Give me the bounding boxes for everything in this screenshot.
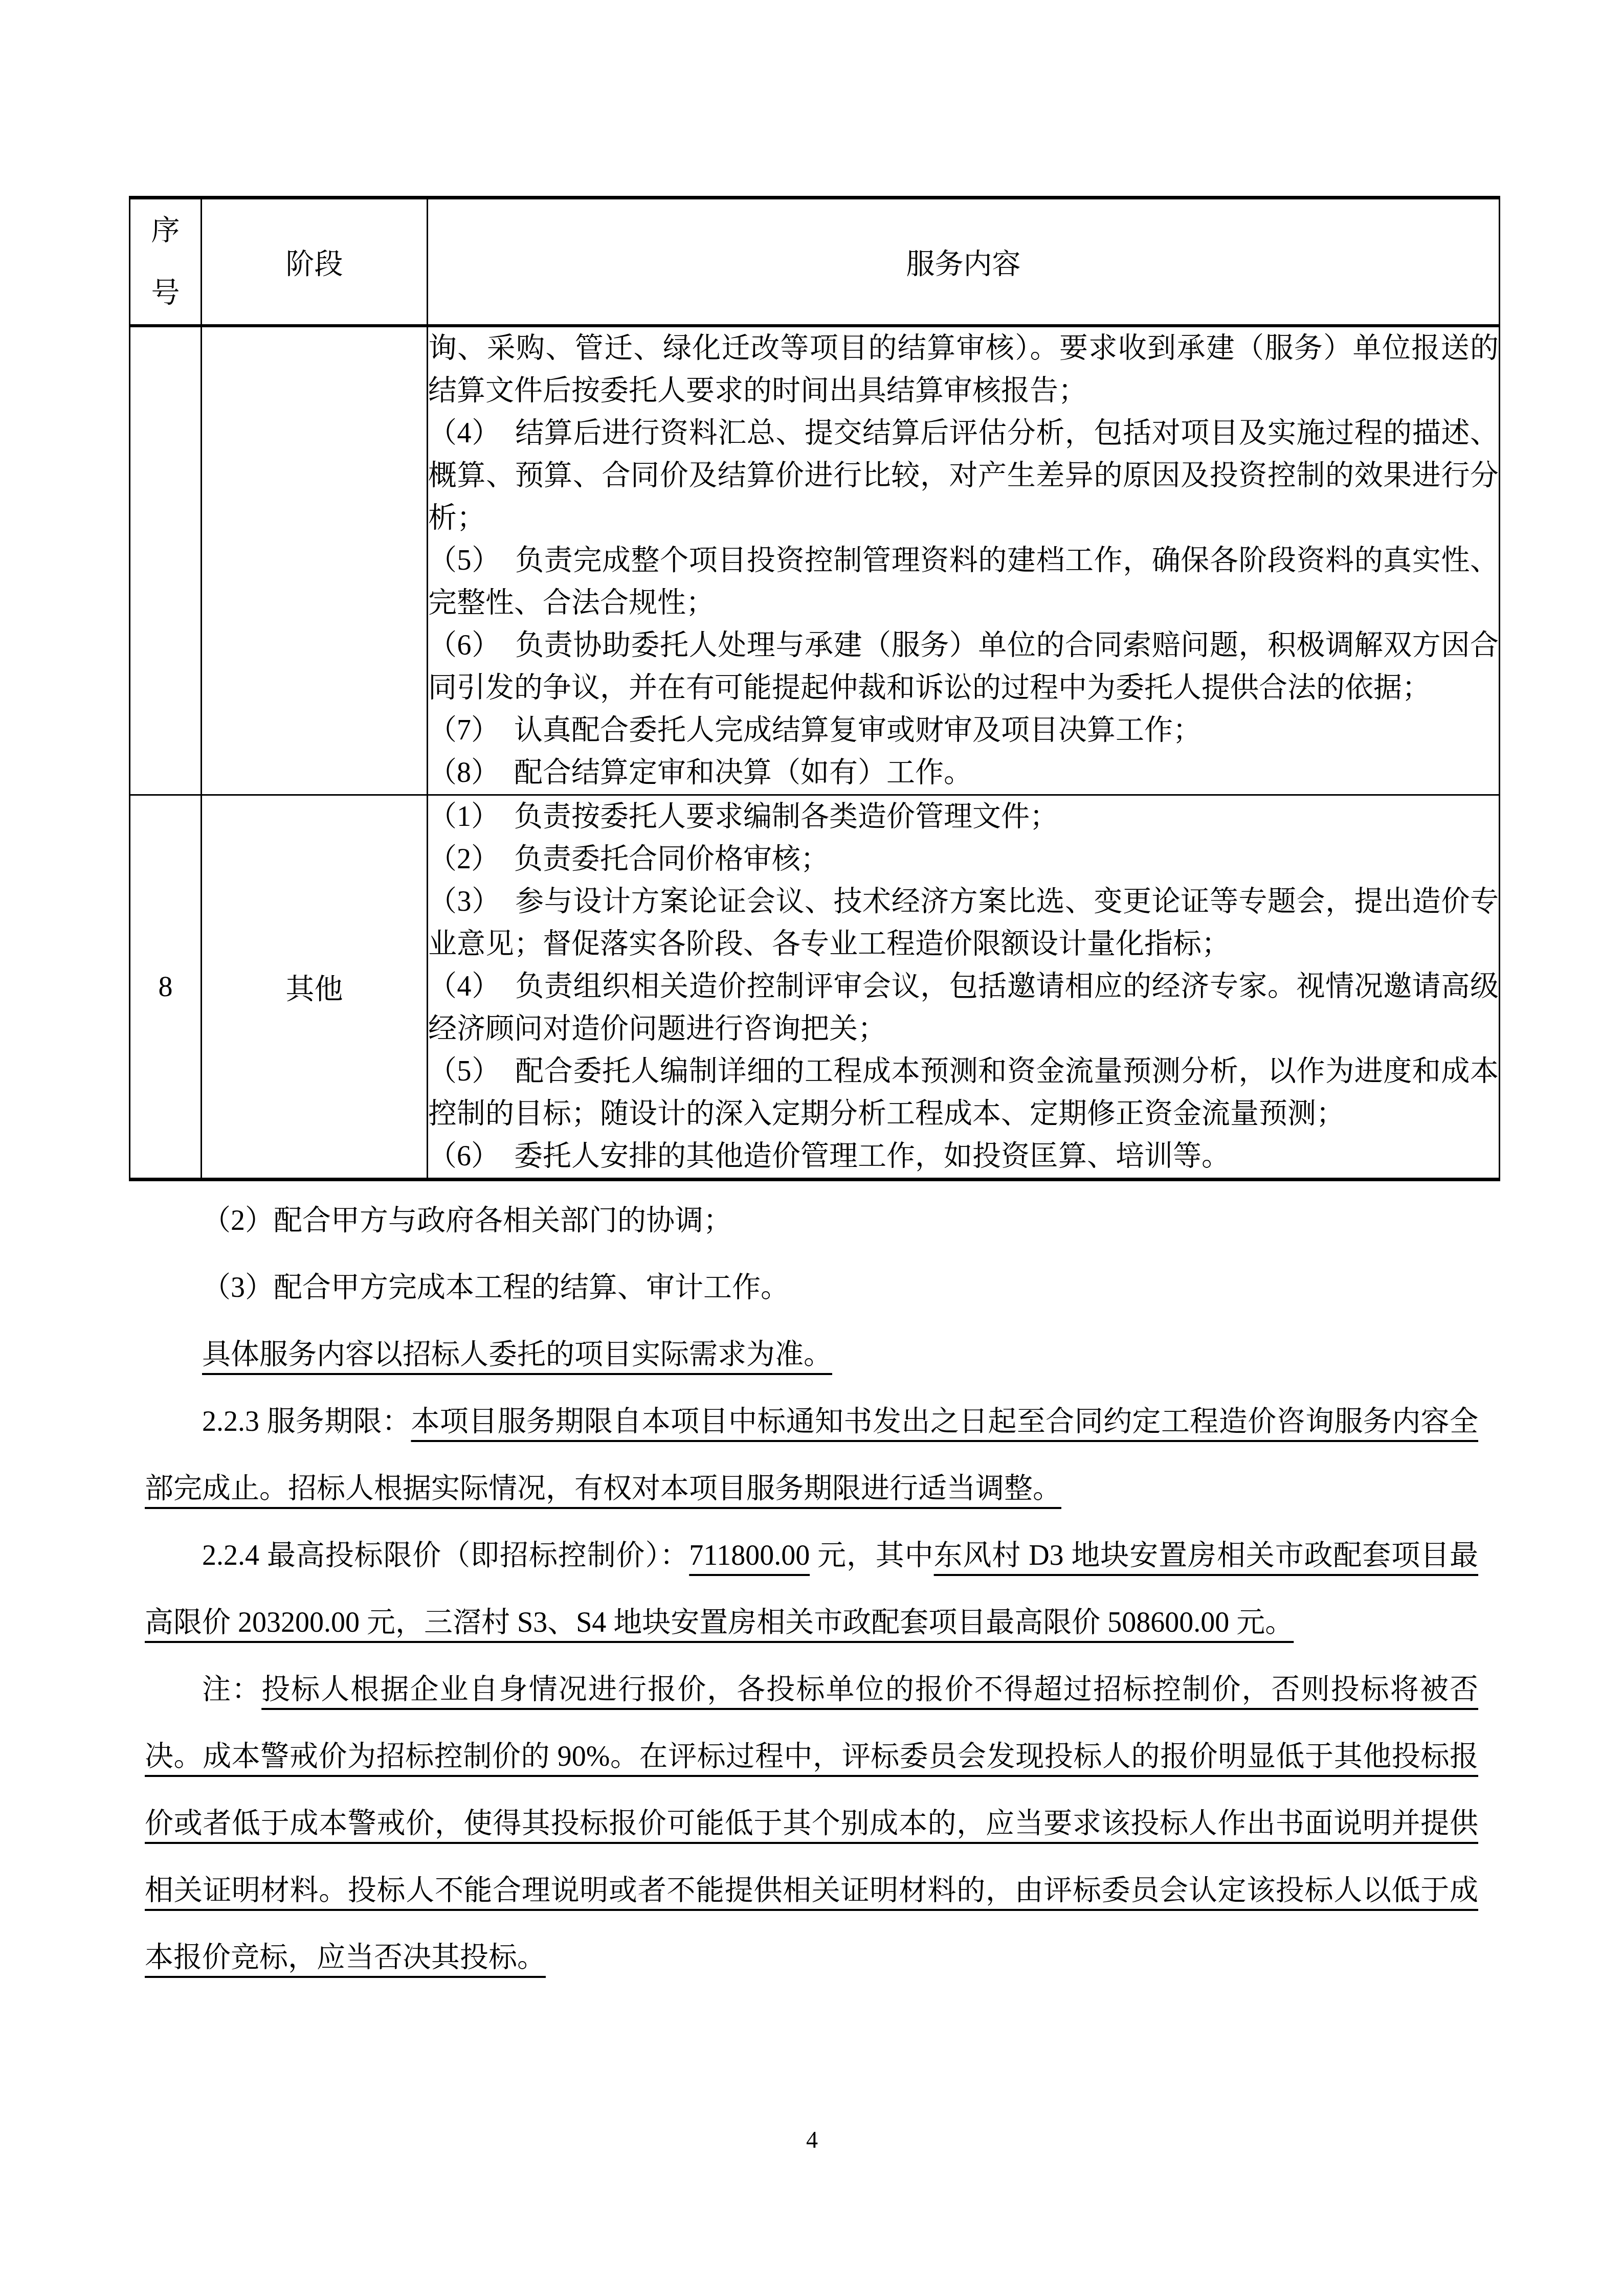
- plain-text: 元，其中: [810, 1540, 933, 1571]
- text-line: （2） 负责委托合同价格审核；: [428, 838, 1499, 881]
- text-line: （4） 结算后进行资料汇总、提交结算后评估分析，包括对项目及实施过程的描述、概算…: [428, 412, 1499, 539]
- service-content-cell: （1） 负责按委托人要求编制各类造价管理文件；（2） 负责委托合同价格审核；（3…: [428, 795, 1500, 1180]
- serial-number-cell: 8: [130, 795, 202, 1180]
- clause-2-2-3-service-term: 2.2.3 服务期限：本项目服务期限自本项目中标通知书发出之日起至合同约定工程造…: [145, 1388, 1478, 1522]
- plain-text: （3）配合甲方完成本工程的结算、审计工作。: [202, 1272, 789, 1303]
- text-line: 询、采购、管迁、绿化迁改等项目的结算审核）。要求收到承建（服务）单位报送的结算文…: [428, 327, 1499, 412]
- table-row-continuation: 询、采购、管迁、绿化迁改等项目的结算审核）。要求收到承建（服务）单位报送的结算文…: [130, 326, 1500, 795]
- service-content-cell: 询、采购、管迁、绿化迁改等项目的结算审核）。要求收到承建（服务）单位报送的结算文…: [428, 326, 1500, 795]
- table-header-row: 序号 阶段 服务内容: [130, 198, 1500, 326]
- stage-cell: [202, 326, 428, 795]
- service-scope-note: 具体服务内容以招标人委托的项目实际需求为准。: [145, 1321, 1478, 1388]
- text-line: （8） 配合结算定审和决算（如有）工作。: [428, 752, 1499, 794]
- underlined-text: 投标人根据企业自身情况进行报价，各投标单位的报价不得超过招标控制价，否则投标将被…: [145, 1674, 1478, 1973]
- text-line: （6） 负责协助委托人处理与承建（服务）单位的合同索赔问题，积极调解双方因合同引…: [428, 624, 1499, 709]
- text-line: 序: [130, 199, 201, 262]
- table-row-other: 8 其他 （1） 负责按委托人要求编制各类造价管理文件；（2） 负责委托合同价格…: [130, 795, 1500, 1180]
- stage-cell: 其他: [202, 795, 428, 1180]
- text-line: （4） 负责组织相关造价控制评审会议，包括邀请相应的经济专家。视情况邀请高级经济…: [428, 965, 1499, 1050]
- underlined-text: 711800.00: [689, 1540, 810, 1571]
- plain-text: 2.2.4 最高投标限价（即招标控制价）：: [202, 1540, 689, 1571]
- service-content-table: 序号 阶段 服务内容 询、采购、管迁、绿化迁改等项目的结算审核）。要求收到承建（…: [129, 196, 1500, 1181]
- plain-text: 注：: [202, 1674, 261, 1705]
- serial-number-cell: [130, 326, 202, 795]
- text-line: （1） 负责按委托人要求编制各类造价管理文件；: [428, 796, 1499, 838]
- clause-item-3: （3）配合甲方完成本工程的结算、审计工作。: [145, 1254, 1478, 1321]
- serial-number-header-text: 序号: [130, 199, 201, 324]
- underlined-text: 具体服务内容以招标人委托的项目实际需求为准。: [202, 1339, 832, 1370]
- header-cell-service-content: 服务内容: [428, 198, 1500, 326]
- text-line: （3） 参与设计方案论证会议、技术经济方案比选、变更论证等专题会，提出造价专业意…: [428, 881, 1499, 965]
- text-line: 号: [130, 262, 201, 324]
- text-line: （6） 委托人安排的其他造价管理工作，如投资匡算、培训等。: [428, 1135, 1499, 1178]
- text-line: （5） 负责完成整个项目投资控制管理资料的建档工作，确保各阶段资料的真实性、完整…: [428, 539, 1499, 624]
- text-line: （5） 配合委托人编制详细的工程成本预测和资金流量预测分析，以作为进度和成本控制…: [428, 1050, 1499, 1135]
- clause-item-2: （2）配合甲方与政府各相关部门的协调；: [145, 1187, 1478, 1254]
- plain-text: 2.2.3 服务期限：: [202, 1406, 411, 1437]
- plain-text: （2）配合甲方与政府各相关部门的协调；: [202, 1205, 732, 1236]
- bid-price-note: 注：投标人根据企业自身情况进行报价，各投标单位的报价不得超过招标控制价，否则投标…: [145, 1656, 1478, 1991]
- document-page: 序号 阶段 服务内容 询、采购、管迁、绿化迁改等项目的结算审核）。要求收到承建（…: [0, 0, 1624, 2296]
- header-cell-serial-number: 序号: [130, 198, 202, 326]
- body-paragraphs: （2）配合甲方与政府各相关部门的协调； （3）配合甲方完成本工程的结算、审计工作…: [145, 1187, 1478, 1991]
- text-line: （7） 认真配合委托人完成结算复审或财审及项目决算工作；: [428, 709, 1499, 752]
- header-cell-stage: 阶段: [202, 198, 428, 326]
- page-number: 4: [0, 2126, 1624, 2153]
- clause-2-2-4-price-limit: 2.2.4 最高投标限价（即招标控制价）：711800.00 元，其中东风村 D…: [145, 1522, 1478, 1656]
